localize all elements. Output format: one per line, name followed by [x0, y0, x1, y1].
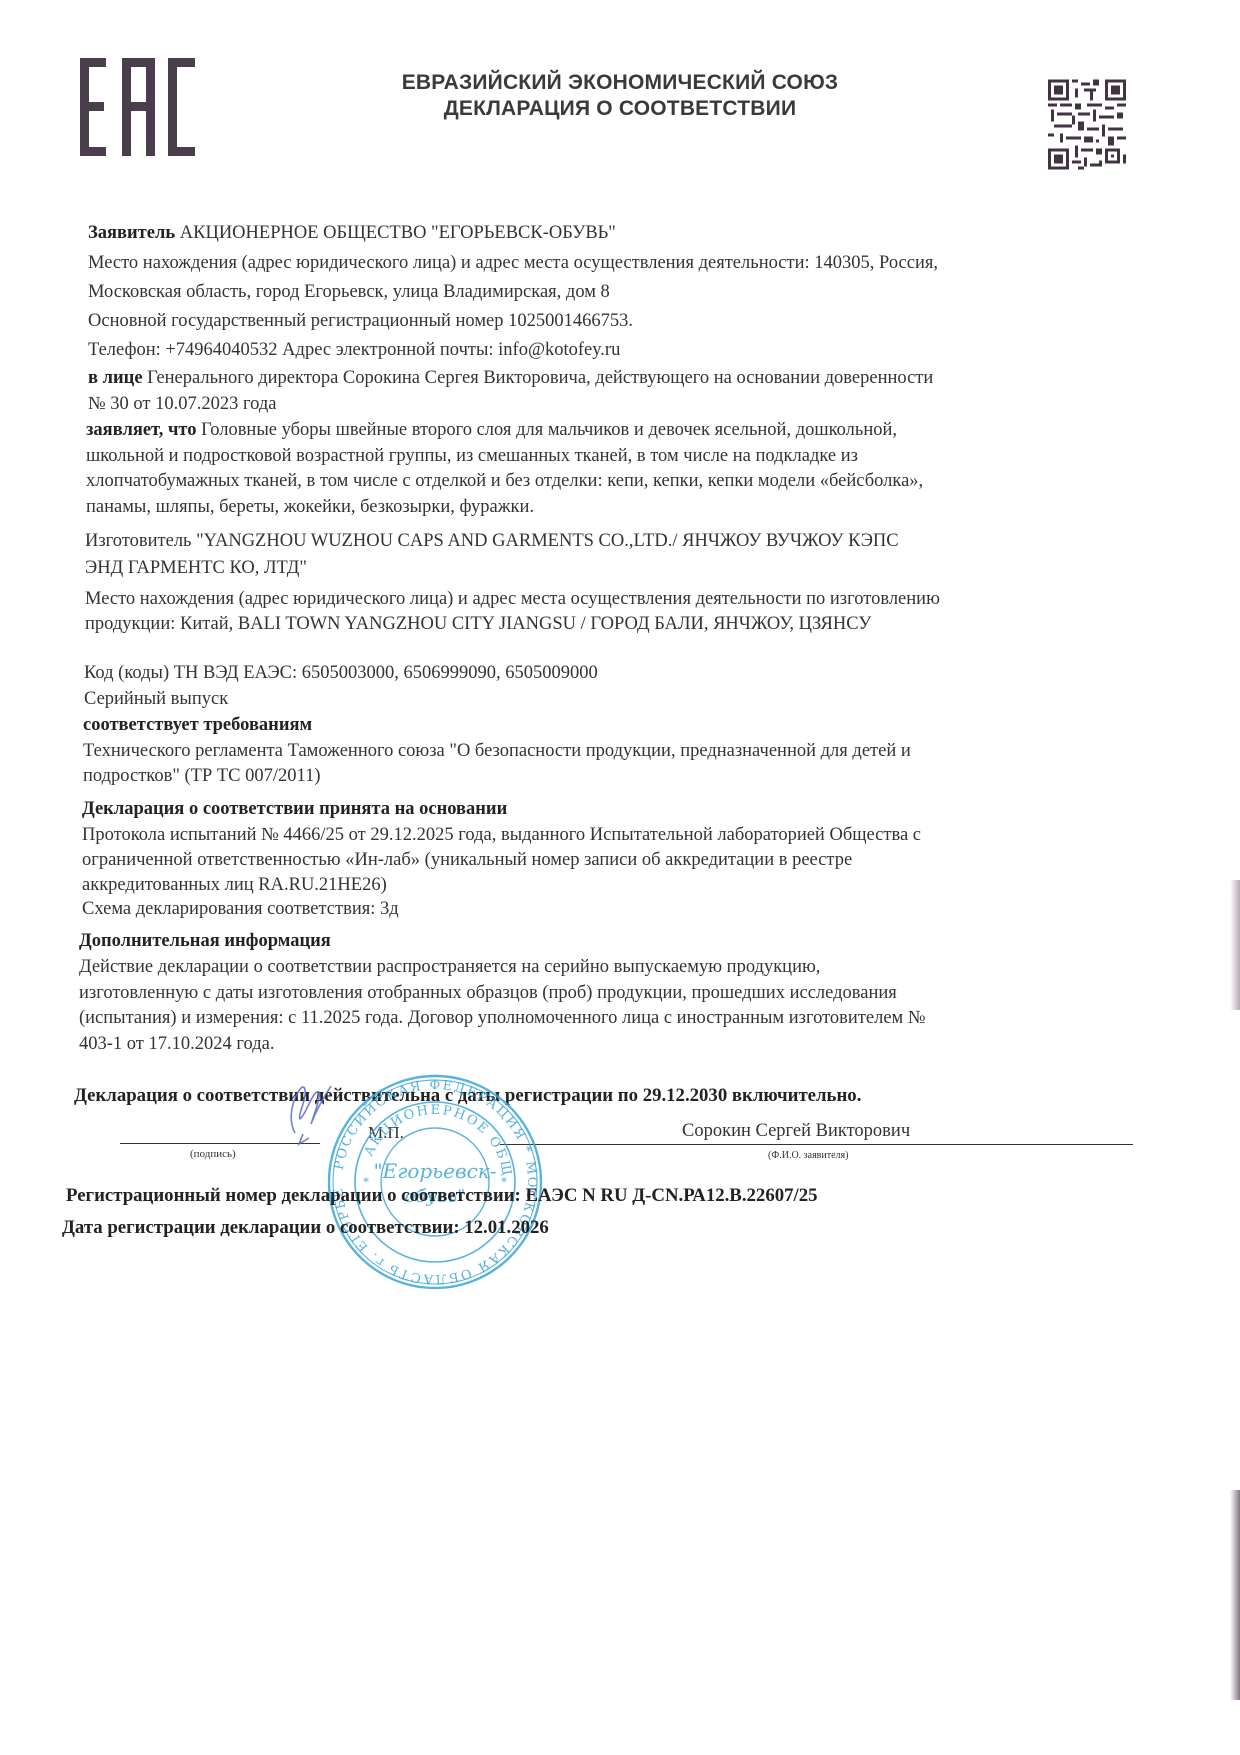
name-line — [500, 1144, 1133, 1145]
signature-caption: (подпись) — [190, 1148, 236, 1160]
declares-line-3: хлопчатобумажных тканей, в том числе с о… — [86, 470, 923, 492]
requirements-heading: соответствует требованиям — [83, 714, 312, 736]
manufacturer-line-1: Изготовитель "YANGZHOU WUZHOU CAPS AND G… — [85, 530, 899, 552]
declares-line-1: заявляет, что Головные уборы швейные вто… — [86, 419, 897, 441]
representative-label: в лице — [88, 368, 143, 388]
applicant-address-1: Место нахождения (адрес юридического лиц… — [88, 252, 938, 274]
registration-date: Дата регистрации декларации о соответств… — [62, 1217, 549, 1239]
applicant-line: Заявитель АКЦИОНЕРНОЕ ОБЩЕСТВО "ЕГОРЬЕВС… — [88, 222, 616, 244]
additional-line-2: изготовленную с даты изготовления отобра… — [79, 982, 897, 1004]
name-caption: (Ф.И.О. заявителя) — [768, 1150, 848, 1161]
basis-heading: Декларация о соответствии принята на осн… — [82, 798, 507, 820]
tn-ved-codes: Код (коды) ТН ВЭД ЕАЭС: 6505003000, 6506… — [84, 662, 598, 684]
additional-line-4: 403-1 от 17.10.2024 года. — [79, 1033, 274, 1055]
signer-name: Сорокин Сергей Викторович — [682, 1120, 910, 1142]
representative-text: Генерального директора Сорокина Сергея В… — [147, 368, 933, 388]
additional-heading: Дополнительная информация — [79, 930, 331, 952]
basis-line-2: ограниченной ответственностью «Ин-лаб» (… — [82, 849, 852, 871]
additional-line-3: (испытания) и измерения: с 11.2025 года.… — [79, 1007, 926, 1029]
scan-edge-artifact — [1230, 880, 1240, 1010]
representative-power-of-attorney: № 30 от 10.07.2023 года — [88, 393, 276, 415]
declares-label: заявляет, что — [86, 420, 197, 440]
applicant-label: Заявитель — [88, 223, 175, 243]
declaration-scheme: Схема декларирования соответствия: 3д — [82, 898, 399, 920]
company-seal-stamp: РОССИЙСКАЯ ФЕДЕРАЦИЯ * МОСКОВСКАЯ ОБЛАСТ… — [325, 1070, 545, 1295]
applicant-representative: в лице Генерального директора Сорокина С… — [88, 367, 933, 389]
serial-release: Серийный выпуск — [84, 688, 228, 710]
basis-line-1: Протокола испытаний № 4466/25 от 29.12.2… — [82, 824, 921, 846]
scan-edge-artifact — [1230, 1490, 1240, 1700]
manufacturer-line-2: ЭНД ГАРМЕНТС КО, ЛТД" — [85, 557, 307, 579]
declares-line-2: школьной и подростковой возрастной групп… — [86, 445, 858, 467]
document-header: ЕВРАЗИЙСКИЙ ЭКОНОМИЧЕСКИЙ СОЮЗ ДЕКЛАРАЦИ… — [300, 70, 940, 122]
requirements-line-2: подростков" (ТР ТС 007/2011) — [83, 765, 321, 787]
manufacturer-address-2: продукции: Китай, BALI TOWN YANGZHOU CIT… — [85, 613, 871, 635]
manufacturer-address-1: Место нахождения (адрес юридического лиц… — [85, 588, 940, 610]
header-union-title: ЕВРАЗИЙСКИЙ ЭКОНОМИЧЕСКИЙ СОЮЗ — [300, 70, 940, 96]
header-declaration-title: ДЕКЛАРАЦИЯ О СООТВЕТСТВИИ — [300, 96, 940, 122]
declares-line-4: панамы, шляпы, береты, жокейки, безкозыр… — [86, 496, 534, 518]
stamp-center-line-1: "Егорьевск- — [373, 1159, 496, 1183]
requirements-line-1: Технического регламента Таможенного союз… — [83, 740, 911, 762]
basis-line-3: аккредитованных лиц RA.RU.21НЕ26) — [82, 874, 387, 896]
registration-number: Регистрационный номер декларации о соотв… — [66, 1185, 818, 1207]
eac-logo-icon — [80, 58, 195, 156]
applicant-name: АКЦИОНЕРНОЕ ОБЩЕСТВО "ЕГОРЬЕВСК-ОБУВЬ" — [180, 223, 616, 243]
qr-code-icon — [1048, 79, 1126, 170]
applicant-contacts: Телефон: +74964040532 Адрес электронной … — [88, 339, 620, 361]
declares-text-1: Головные уборы швейные второго слоя для … — [201, 420, 897, 440]
applicant-ogrn: Основной государственный регистрационный… — [88, 310, 633, 332]
additional-line-1: Действие декларации о соответствии распр… — [79, 956, 820, 978]
applicant-address-2: Московская область, город Егорьевск, ули… — [88, 281, 610, 303]
